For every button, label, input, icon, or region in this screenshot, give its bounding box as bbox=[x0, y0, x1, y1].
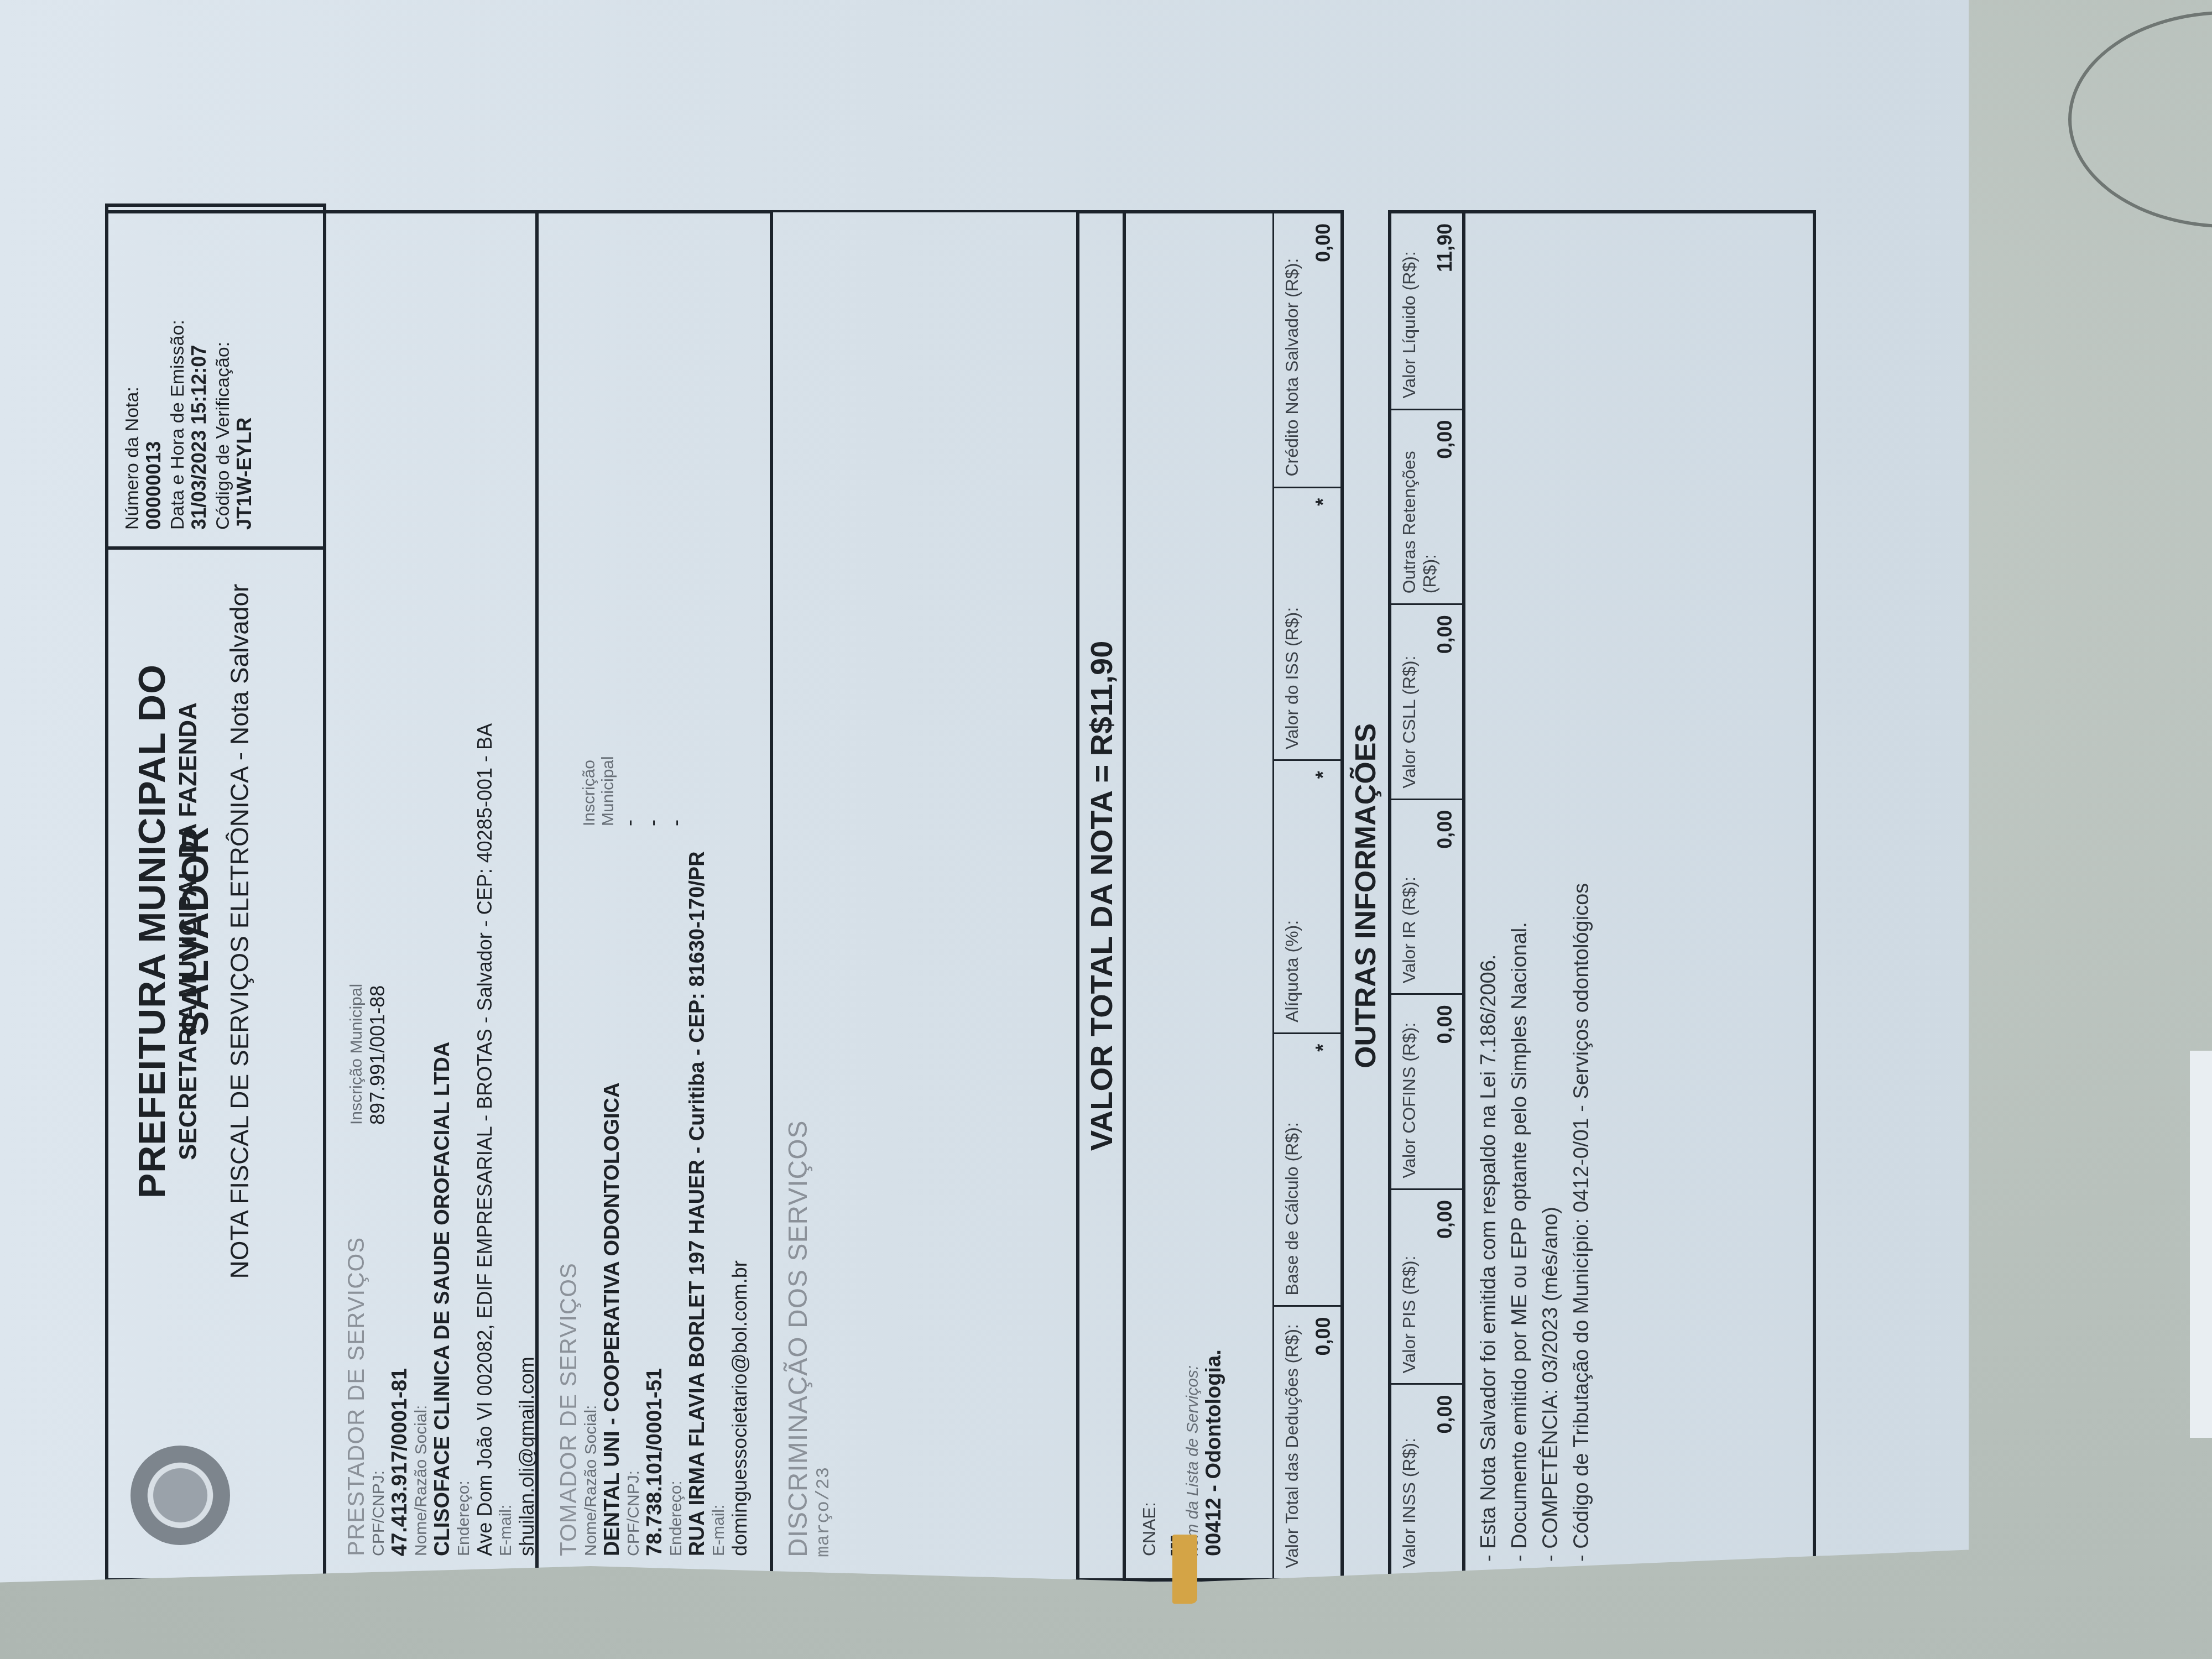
taxes-grid: Valor INSS (R$):0,00 Valor PIS (R$):0,00… bbox=[1388, 210, 1465, 1582]
tomador-email-label: E-mail: bbox=[709, 236, 728, 1556]
servico-cell: Crédito Nota Salvador (R$):0,00 bbox=[1274, 213, 1340, 487]
tax-cell: Valor COFINS (R$):0,00 bbox=[1391, 993, 1462, 1188]
tax-value: 0,00 bbox=[1433, 420, 1457, 459]
cell-value: 0,00 bbox=[1312, 223, 1335, 262]
prestador-inscricao-label: Inscrição Municipal bbox=[347, 872, 366, 1125]
header-doc-type: NOTA FISCAL DE SERVIÇOS ELETRÔNICA - Not… bbox=[225, 572, 254, 1291]
tax-label: Valor COFINS (R$): bbox=[1399, 1005, 1420, 1178]
tax-cell: Valor CSLL (R$):0,00 bbox=[1391, 603, 1462, 799]
municipal-seal-icon bbox=[131, 1446, 230, 1545]
prestador-endereco-label: Endereço: bbox=[455, 236, 473, 1556]
tomador-cnpj-label: CPF/CNPJ: bbox=[624, 236, 643, 1556]
tax-label: Valor CSLL (R$): bbox=[1399, 615, 1420, 789]
tax-value: 0,00 bbox=[1433, 615, 1457, 654]
prestador-inscricao-value: 897.991/001-88 bbox=[366, 872, 389, 1125]
servico-cell: Valor do ISS (R$):* bbox=[1274, 487, 1340, 760]
tax-cell: Valor INSS (R$):0,00 bbox=[1391, 1383, 1462, 1578]
tax-label: Valor Líquido (R$): bbox=[1399, 223, 1420, 399]
note-line: - COMPETÊNCIA: 03/2023 (mês/ano) bbox=[1535, 230, 1566, 1562]
valor-total: VALOR TOTAL DA NOTA = R$11,90 bbox=[1076, 210, 1126, 1582]
cell-value: 0,00 bbox=[1312, 1317, 1335, 1355]
item-lista-label: Item da Lista de Serviços: bbox=[1183, 236, 1202, 1556]
tomador-cnpj-value: 78.738.101/0001-51 bbox=[643, 236, 667, 1556]
tax-label: Valor INSS (R$): bbox=[1399, 1395, 1420, 1568]
notes-section: - Esta Nota Salvador foi emitida com res… bbox=[1462, 210, 1816, 1582]
tax-value: 0,00 bbox=[1433, 810, 1457, 849]
invoice-document: PREFEITURA MUNICIPAL DO SALVADOR SECRETA… bbox=[83, 138, 1853, 1631]
prestador-razao-value: CLISOFACE CLINICA DE SAUDE OROFACIAL LTD… bbox=[431, 236, 455, 1556]
tomador-title: TOMADOR DE SERVIÇOS bbox=[555, 236, 582, 1556]
tomador-endereco-value: RUA IRMA FLAVIA BORLET 197 HAUER - Curit… bbox=[686, 236, 709, 1556]
discriminacao-section: DISCRIMINAÇÃO DOS SERVIÇOS março/23 bbox=[770, 210, 1079, 1582]
tomador-section: TOMADOR DE SERVIÇOS Nome/Razão Social: D… bbox=[535, 210, 773, 1582]
cnae-value: --- bbox=[1160, 236, 1183, 1556]
codigo-verificacao-value: JT1W-EYLR bbox=[233, 223, 255, 530]
tax-cell: Valor IR (R$):0,00 bbox=[1391, 799, 1462, 994]
tax-cell: Outras Retenções (R$):0,00 bbox=[1391, 409, 1462, 604]
note-line: - Código de Tributação do Município: 041… bbox=[1566, 230, 1597, 1562]
tomador-razao-label: Nome/Razão Social: bbox=[582, 236, 601, 1556]
cell-label: Valor Total das Deduções (R$): bbox=[1282, 1317, 1302, 1568]
prestador-email-label: E-mail: bbox=[497, 236, 515, 1556]
prestador-cnpj-value: 47.413.917/0001-81 bbox=[388, 236, 412, 1556]
tax-value: 0,00 bbox=[1433, 1200, 1457, 1239]
tax-label: Valor IR (R$): bbox=[1399, 810, 1420, 984]
cell-label: Valor do ISS (R$): bbox=[1282, 498, 1302, 750]
numero-value: 00000013 bbox=[143, 223, 165, 530]
item-lista-value: 00412 - Odontologia. bbox=[1202, 236, 1226, 1556]
servico-values-grid: Valor Total das Deduções (R$):0,00 Base … bbox=[1272, 213, 1340, 1578]
data-emissao-label: Data e Hora de Emissão: bbox=[167, 223, 188, 530]
cell-value: * bbox=[1312, 498, 1335, 506]
numero-label: Número da Nota: bbox=[122, 223, 143, 530]
prestador-razao-label: Nome/Razão Social: bbox=[412, 236, 431, 1556]
invoice-header: PREFEITURA MUNICIPAL DO SALVADOR SECRETA… bbox=[105, 210, 326, 1582]
servico-section: CNAE: --- Item da Lista de Serviços: 004… bbox=[1123, 210, 1344, 1582]
invoice-paper: PREFEITURA MUNICIPAL DO SALVADOR SECRETA… bbox=[0, 0, 1969, 1631]
tax-cell: Valor PIS (R$):0,00 bbox=[1391, 1188, 1462, 1384]
prestador-section: PRESTADOR DE SERVIÇOS CPF/CNPJ: 47.413.9… bbox=[323, 210, 539, 1582]
adjacent-paper-edge bbox=[2190, 1051, 2212, 1438]
cell-label: Alíquota (%): bbox=[1282, 771, 1302, 1022]
prestador-endereco-value: Ave Dom João VI 002082, EDIF EMPRESARIAL… bbox=[473, 236, 497, 1556]
servico-cell: Valor Total das Deduções (R$):0,00 bbox=[1274, 1305, 1340, 1578]
codigo-verificacao-label: Código de Verificação: bbox=[212, 223, 233, 530]
tape-strip bbox=[1172, 1535, 1197, 1604]
header-title: PREFEITURA MUNICIPAL DO SALVADOR bbox=[131, 572, 217, 1291]
servico-cell: Base de Cálculo (R$):* bbox=[1274, 1032, 1340, 1306]
tax-value: 0,00 bbox=[1433, 1005, 1457, 1044]
cell-label: Base de Cálculo (R$): bbox=[1282, 1044, 1302, 1296]
discriminacao-title: DISCRIMINAÇÃO DOS SERVIÇOS bbox=[783, 234, 813, 1557]
note-line: - Esta Nota Salvador foi emitida com res… bbox=[1473, 230, 1504, 1562]
tomador-endereco-label: Endereço: bbox=[667, 236, 686, 1556]
note-line: - Documento emitido por ME ou EPP optant… bbox=[1504, 230, 1535, 1562]
invoice-meta: Número da Nota: 00000013 Data e Hora de … bbox=[105, 204, 326, 550]
tax-cell: Valor Líquido (R$):11,90 bbox=[1391, 213, 1462, 409]
tax-value: 0,00 bbox=[1433, 1395, 1457, 1433]
cell-value: * bbox=[1312, 771, 1335, 779]
header-subtitle: SECRETARIA MUNICIPAL DA FAZENDA bbox=[175, 572, 202, 1291]
tax-value: 11,90 bbox=[1433, 223, 1457, 272]
outras-informacoes-title: OUTRAS INFORMAÇÕES bbox=[1349, 210, 1383, 1582]
tax-label: Valor PIS (R$): bbox=[1399, 1200, 1420, 1374]
cell-value: * bbox=[1312, 1044, 1335, 1052]
cell-label: Crédito Nota Salvador (R$): bbox=[1282, 223, 1302, 477]
servico-cell: Alíquota (%):* bbox=[1274, 759, 1340, 1032]
cnae-label: CNAE: bbox=[1139, 236, 1160, 1556]
discriminacao-text: março/23 bbox=[813, 234, 834, 1557]
data-emissao-value: 31/03/2023 15:12:07 bbox=[188, 223, 210, 530]
tomador-razao-value: DENTAL UNI - COOPERATIVA ODONTOLOGICA bbox=[601, 236, 624, 1556]
tomador-email-value: dominguessocietario@bol.com.br bbox=[728, 236, 752, 1556]
